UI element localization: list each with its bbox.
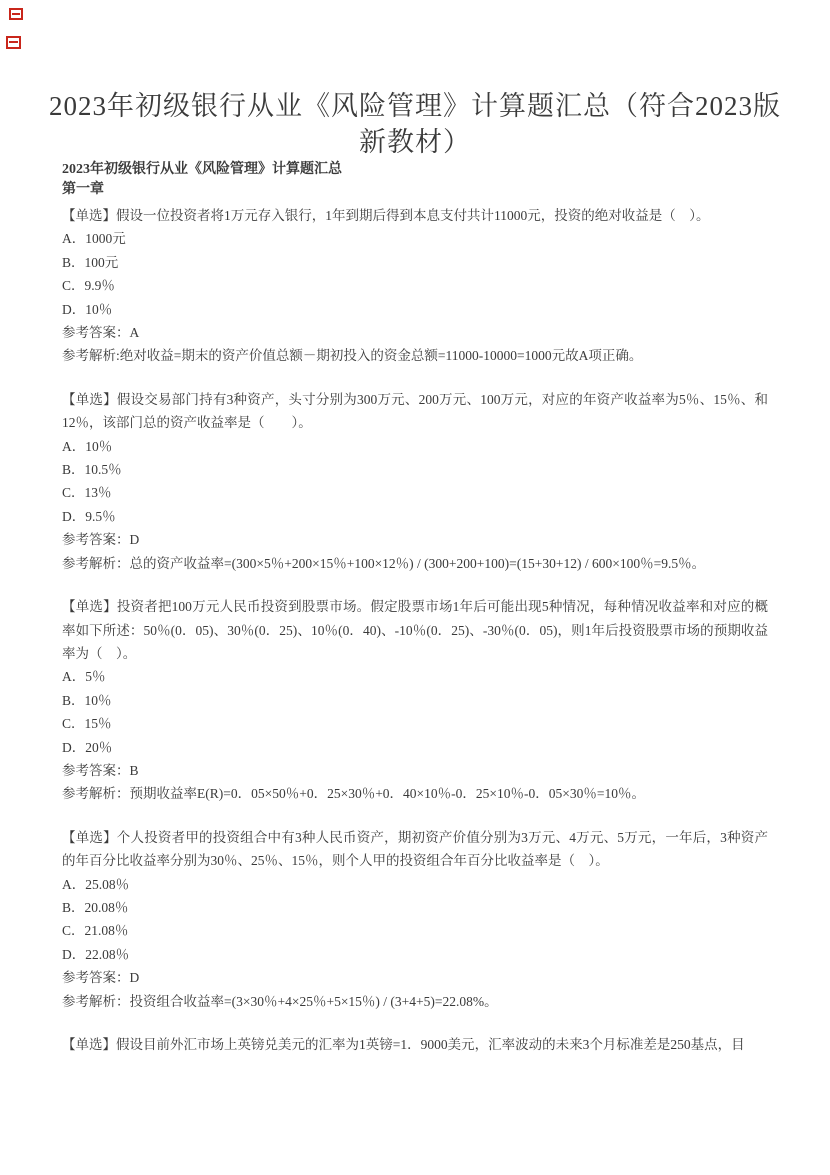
- question-block-3: 【单选】投资者把100万元人民币投资到股票市场。假定股票市场1年后可能出现5种情…: [62, 595, 768, 806]
- question-option-a: A．1000元: [62, 227, 768, 250]
- question-stem: 【单选】个人投资者甲的投资组合中有3种人民币资产，期初资产价值分别为3万元、4万…: [62, 826, 768, 873]
- question-option-b: B．20.08％: [62, 896, 768, 919]
- question-block-4: 【单选】个人投资者甲的投资组合中有3种人民币资产，期初资产价值分别为3万元、4万…: [62, 826, 768, 1013]
- chapter-heading: 第一章: [62, 180, 768, 200]
- answer-line: 参考答案：D: [62, 528, 768, 551]
- question-option-a: A．10％: [62, 435, 768, 458]
- doc-title-line2: 新教材）: [0, 124, 830, 160]
- question-block-2: 【单选】假设交易部门持有3种资产，头寸分别为300万元、200万元、100万元，…: [62, 388, 768, 575]
- answer-line: 参考答案：A: [62, 321, 768, 344]
- analysis-line: 参考解析：总的资产收益率=(300×5％+200×15％+100×12％) / …: [62, 552, 768, 575]
- question-block-5: 【单选】假设目前外汇市场上英镑兑美元的汇率为1英镑=1．9000美元，汇率波动的…: [62, 1033, 768, 1056]
- question-option-b: B．10％: [62, 689, 768, 712]
- doc-title: 2023年初级银行从业《风险管理》计算题汇总（符合2023版 新教材）: [0, 0, 830, 160]
- doc-subtitle: 2023年初级银行从业《风险管理》计算题汇总: [62, 160, 768, 180]
- question-option-b: B．10.5％: [62, 458, 768, 481]
- question-stem: 【单选】假设目前外汇市场上英镑兑美元的汇率为1英镑=1．9000美元，汇率波动的…: [62, 1033, 768, 1056]
- doc-body: 2023年初级银行从业《风险管理》计算题汇总 第一章 【单选】假设一位投资者将1…: [0, 160, 830, 1056]
- question-stem: 【单选】假设交易部门持有3种资产，头寸分别为300万元、200万元、100万元，…: [62, 388, 768, 435]
- question-option-c: C．21.08％: [62, 919, 768, 942]
- question-option-c: C．15％: [62, 712, 768, 735]
- question-option-d: D．9.5％: [62, 505, 768, 528]
- red-stamp-mark-top: [9, 8, 23, 20]
- question-option-b: B．100元: [62, 251, 768, 274]
- question-stem: 【单选】假设一位投资者将1万元存入银行，1年到期后得到本息支付共计11000元，…: [62, 204, 768, 227]
- analysis-line: 参考解析:绝对收益=期末的资产价值总额－期初投入的资金总额=11000-1000…: [62, 344, 768, 367]
- question-block-1: 【单选】假设一位投资者将1万元存入银行，1年到期后得到本息支付共计11000元，…: [62, 204, 768, 368]
- answer-line: 参考答案：D: [62, 966, 768, 989]
- question-option-c: C．9.9％: [62, 274, 768, 297]
- document-page: 2023年初级银行从业《风险管理》计算题汇总（符合2023版 新教材） 2023…: [0, 0, 830, 1175]
- analysis-line: 参考解析：投资组合收益率=(3×30％+4×25％+5×15％) / (3+4+…: [62, 990, 768, 1013]
- red-stamp-mark-bottom: [6, 36, 21, 49]
- analysis-line: 参考解析：预期收益率E(R)=0．05×50％+0．25×30％+0．40×10…: [62, 782, 768, 805]
- question-option-a: A．25.08％: [62, 873, 768, 896]
- answer-line: 参考答案：B: [62, 759, 768, 782]
- question-option-d: D．22.08％: [62, 943, 768, 966]
- question-stem: 【单选】投资者把100万元人民币投资到股票市场。假定股票市场1年后可能出现5种情…: [62, 595, 768, 665]
- question-option-d: D．20％: [62, 736, 768, 759]
- doc-title-line1: 2023年初级银行从业《风险管理》计算题汇总（符合2023版: [0, 88, 830, 124]
- question-option-c: C．13％: [62, 481, 768, 504]
- question-option-a: A．5％: [62, 665, 768, 688]
- question-option-d: D．10％: [62, 298, 768, 321]
